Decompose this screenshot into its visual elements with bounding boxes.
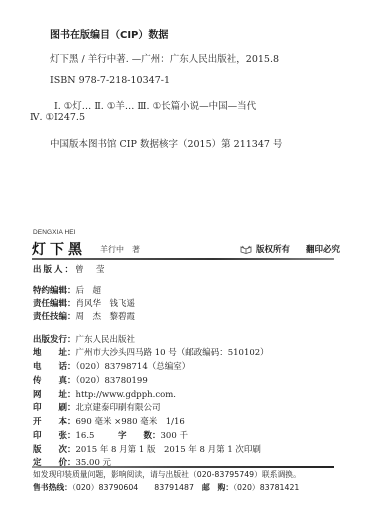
technical-editors: 责任技编：周 杰 黎碧霞	[33, 310, 135, 322]
website-link: http://www.gdpph.com.	[76, 390, 176, 400]
responsible-editors: 责任编辑：肖风华 钱飞遥	[33, 297, 135, 309]
address: 地 址：广州市大沙头四马路 10 号（邮政编码：510102）	[33, 346, 269, 358]
format: 开 本：690 毫米 ×980 毫米 1/16	[33, 415, 185, 427]
edition: 版 次：2015 年 8 月第 1 版 2015 年 8 月第 1 次印刷	[33, 443, 261, 455]
sheets: 印 张：16.5	[33, 429, 94, 441]
footer-divider	[32, 466, 334, 468]
printer: 印 刷：北京建泰印刷有限公司	[33, 401, 161, 413]
book-author: 羊行中 著	[100, 244, 140, 255]
cip-classification-2: Ⅳ. ①I247.5	[30, 112, 85, 123]
distributor: 出版发行：广东人民出版社	[33, 333, 135, 345]
cip-classification-1: Ⅰ. ①灯… Ⅱ. ①羊… Ⅲ. ①长篇小说—中国—当代	[54, 98, 256, 112]
copyright-notice: 版权所有 翻印必究	[240, 243, 340, 255]
cip-citation: 灯下黑 / 羊行中著. —广州：广东人民出版社，2015.8	[50, 51, 279, 65]
book-title: 灯下黑	[32, 239, 86, 259]
quality-notice: 如发现印装质量问题，影响阅读，请与出版社（020-83795749）联系调换。	[33, 469, 301, 480]
copyright-text: 版权所有	[256, 243, 290, 255]
piracy-text: 翻印必究	[306, 243, 340, 255]
pinyin-title: DENGXIA HEI	[33, 229, 76, 236]
cip-number: 中国版本图书馆 CIP 数据核字（2015）第 211347 号	[50, 136, 282, 150]
cip-heading: 图书在版编目（CIP）数据	[50, 26, 168, 41]
sales-hotline: 售书热线：（020）8379060483791487邮 购：（020）83781…	[33, 482, 299, 493]
header-divider	[32, 258, 334, 260]
publisher-person: 出版人：曾 莹	[33, 263, 107, 275]
book-hands-icon	[240, 245, 252, 254]
phone: 电 话：（020）83798714（总编室）	[33, 360, 190, 372]
word-count: 字 数：300 千	[118, 429, 188, 441]
website: 网 址：http://www.gdpph.com.	[33, 388, 176, 400]
special-editor: 特约编辑：后 超	[33, 284, 101, 296]
fax: 传 真：（020）83780199	[33, 374, 148, 386]
cip-isbn: ISBN 978-7-218-10347-1	[50, 75, 170, 86]
